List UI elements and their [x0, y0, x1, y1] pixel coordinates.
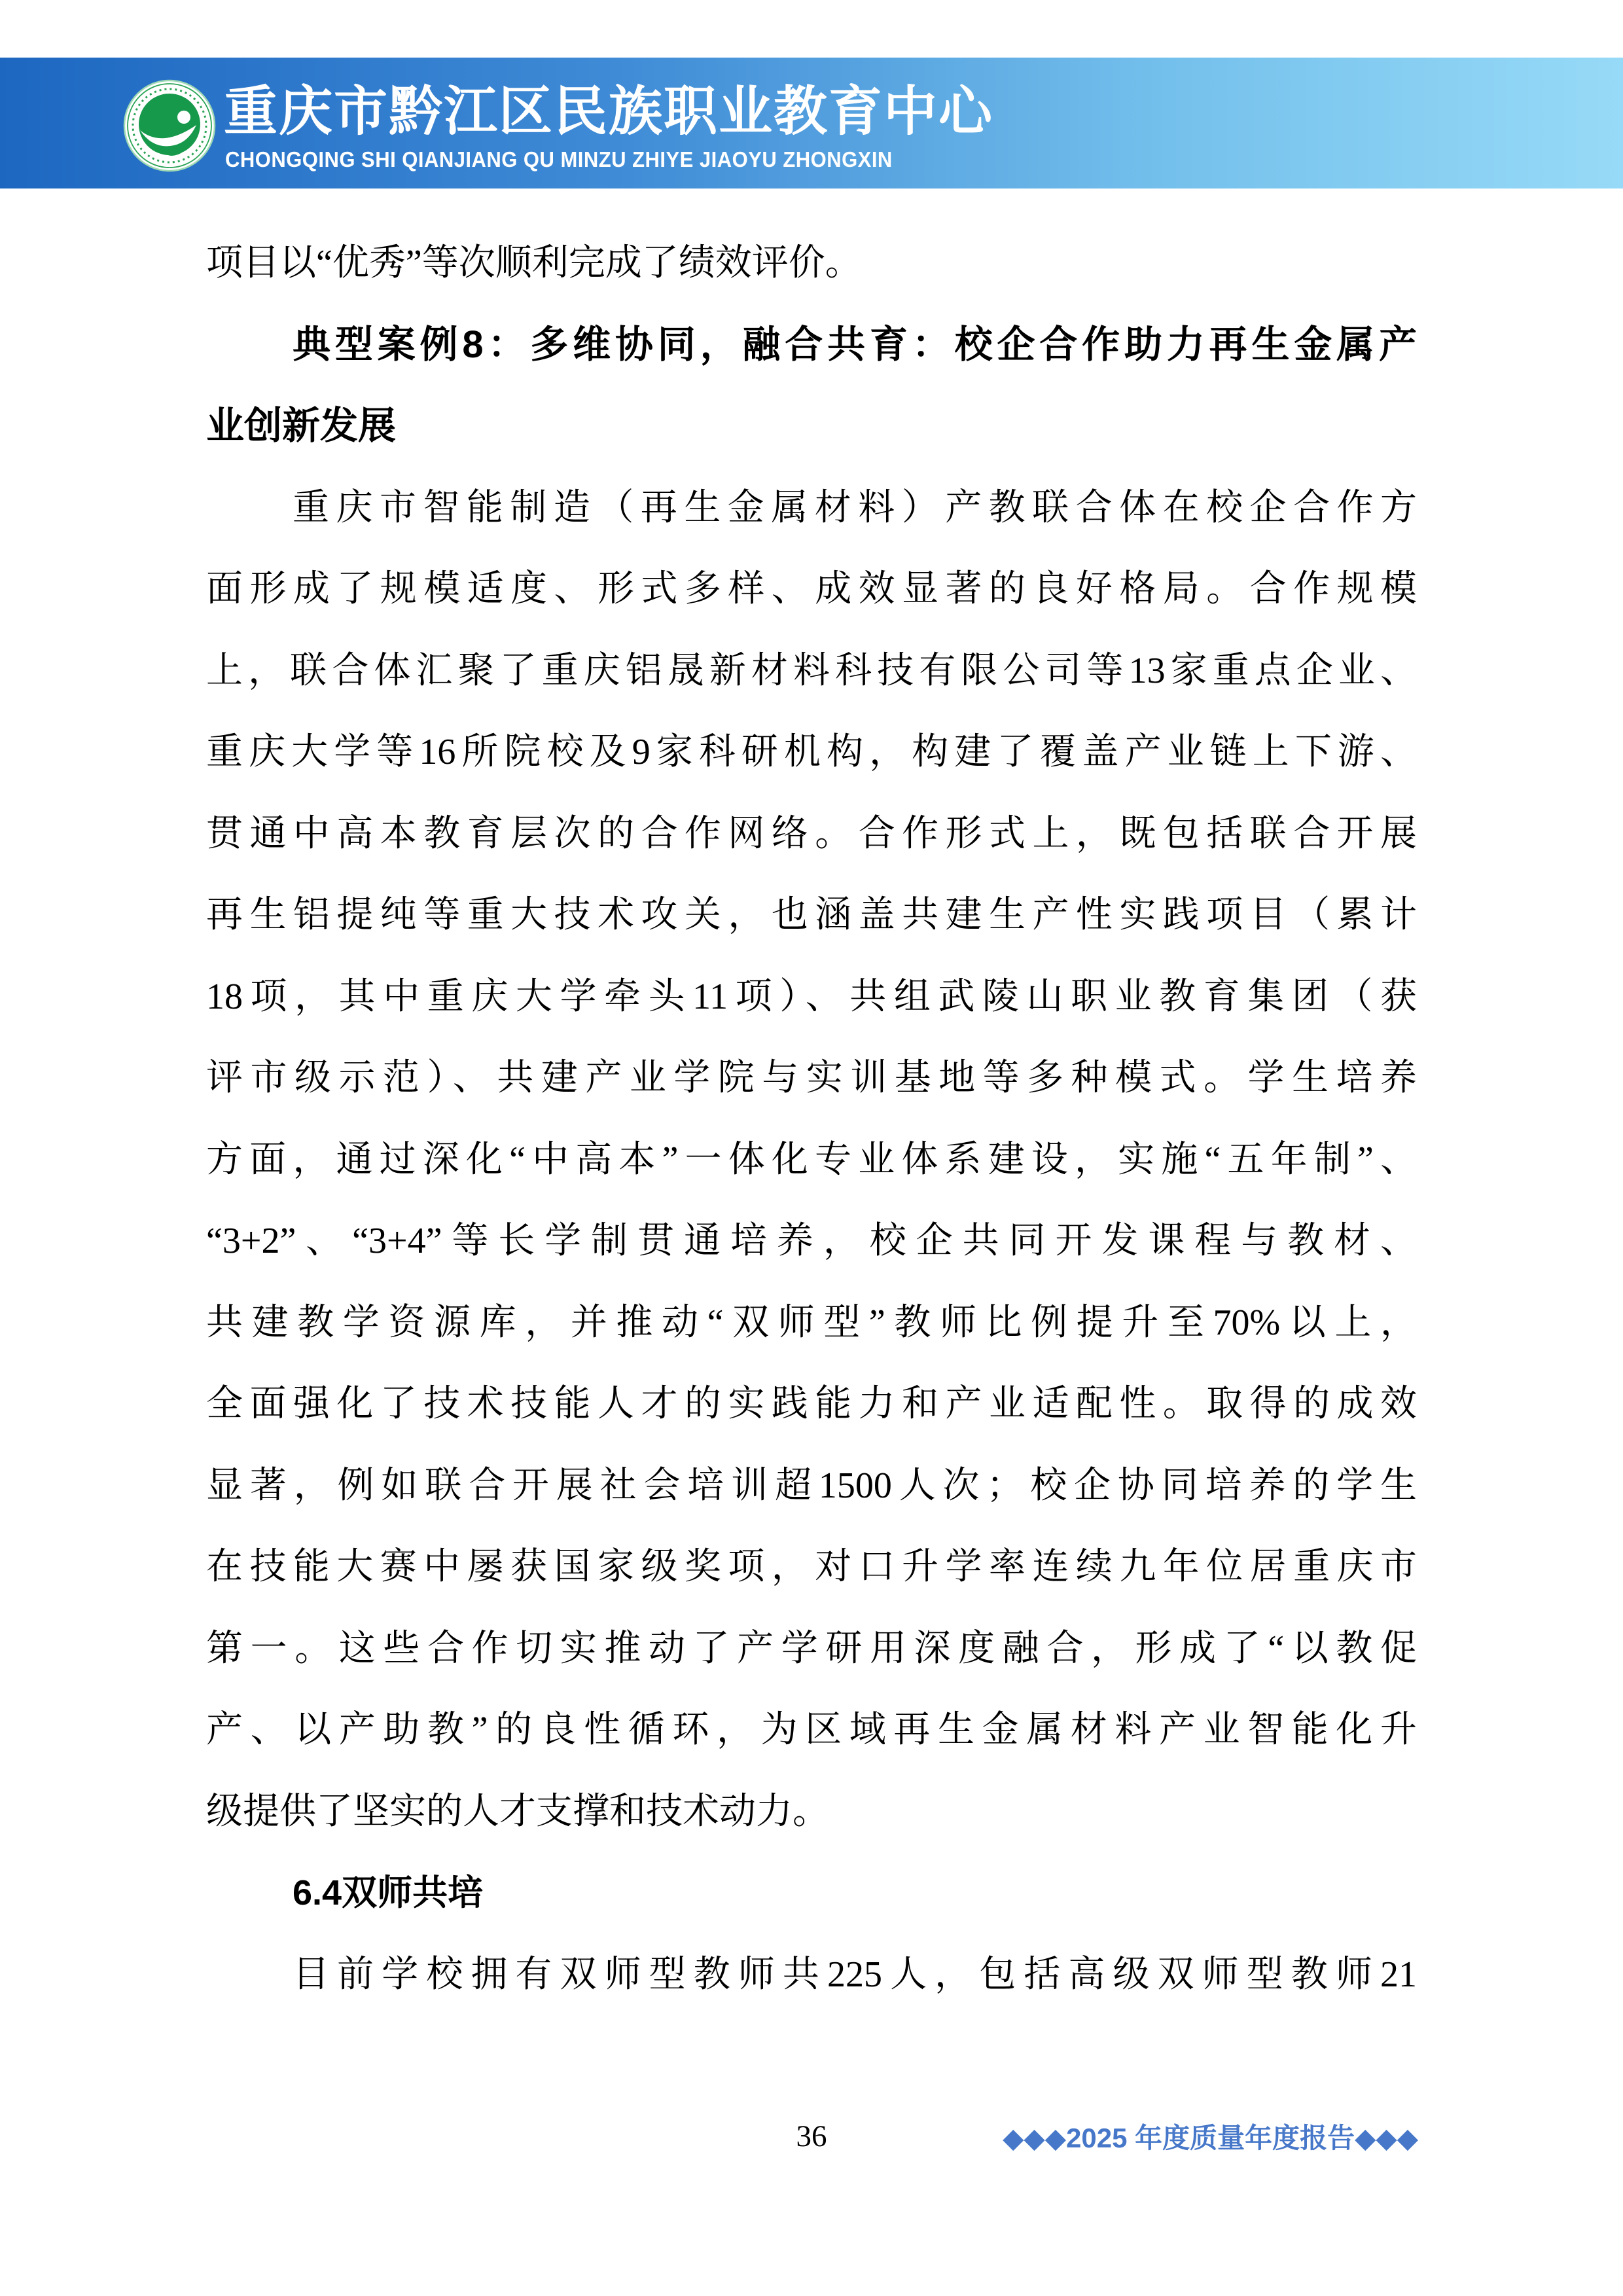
text-line: 贯通中高本教育层次的合作网络。合作形式上，既包括联合开展 — [206, 793, 1417, 875]
text-line: 产、以产助教”的良性循环，为区域再生金属材料产业智能化升 — [206, 1689, 1417, 1771]
text-line: 目前学校拥有双师型教师共225人，包括高级双师型教师21 — [206, 1934, 1417, 2016]
document-page: 重庆市黔江区民族职业教育中心 CHONGQING SHI QIANJIANG Q… — [0, 0, 1623, 2296]
text-line: 面形成了规模适度、形式多样、成效显著的良好格局。合作规模 — [206, 548, 1417, 630]
text-line: 方面，通过深化“中高本”一体化专业体系建设，实施“五年制”、 — [206, 1119, 1417, 1201]
text-line: 再生铝提纯等重大技术攻关，也涵盖共建生产性实践项目（累计 — [206, 874, 1417, 956]
text-line: 重庆大学等16所院校及9家科研机构，构建了覆盖产业链上下游、 — [206, 711, 1417, 793]
school-logo-icon — [123, 79, 216, 172]
case-heading-line: 业创新发展 — [206, 386, 1417, 467]
text-line: 评市级示范）、共建产业学院与实训基地等多种模式。学生培养 — [206, 1037, 1417, 1119]
page-header-banner: 重庆市黔江区民族职业教育中心 CHONGQING SHI QIANJIANG Q… — [0, 58, 1623, 188]
footer-report-label: ◆◆◆2025 年度质量年度报告◆◆◆ — [1003, 2122, 1418, 2155]
section-heading-6-4: 6.4双师共培 — [206, 1852, 1417, 1934]
document-body: 项目以“优秀”等次顺利完成了绩效评价。 典型案例8：多维协同，融合共育：校企合作… — [206, 223, 1417, 2015]
text-line: 重庆市智能制造（再生金属材料）产教联合体在校企合作方 — [206, 467, 1417, 549]
text-line: 全面强化了技术技能人才的实践能力和产业适配性。取得的成效 — [206, 1363, 1417, 1445]
text-line: 级提供了坚实的人才支撑和技术动力。 — [206, 1771, 1417, 1853]
case-heading-line: 典型案例8：多维协同，融合共育：校企合作助力再生金属产 — [206, 304, 1417, 386]
text-line: 在技能大赛中屡获国家级奖项，对口升学率连续九年位居重庆市 — [206, 1526, 1417, 1608]
text-line: 项目以“优秀”等次顺利完成了绩效评价。 — [206, 223, 1417, 304]
text-line: 第一。这些合作切实推动了产学研用深度融合，形成了“以教促 — [206, 1608, 1417, 1690]
text-line: 18项，其中重庆大学牵头11项）、共组武陵山职业教育集团（获 — [206, 956, 1417, 1038]
org-subtitle: CHONGQING SHI QIANJIANG QU MINZU ZHIYE J… — [225, 147, 893, 173]
text-line: 上，联合体汇聚了重庆铝晟新材料科技有限公司等13家重点企业、 — [206, 630, 1417, 712]
text-line: 共建教学资源库，并推动“双师型”教师比例提升至70%以上， — [206, 1282, 1417, 1364]
org-title: 重庆市黔江区民族职业教育中心 — [224, 82, 1140, 141]
text-line: “3+2”、“3+4”等长学制贯通培养，校企共同开发课程与教材、 — [206, 1200, 1417, 1282]
text-line: 显著，例如联合开展社会培训超1500人次；校企协同培养的学生 — [206, 1445, 1417, 1527]
